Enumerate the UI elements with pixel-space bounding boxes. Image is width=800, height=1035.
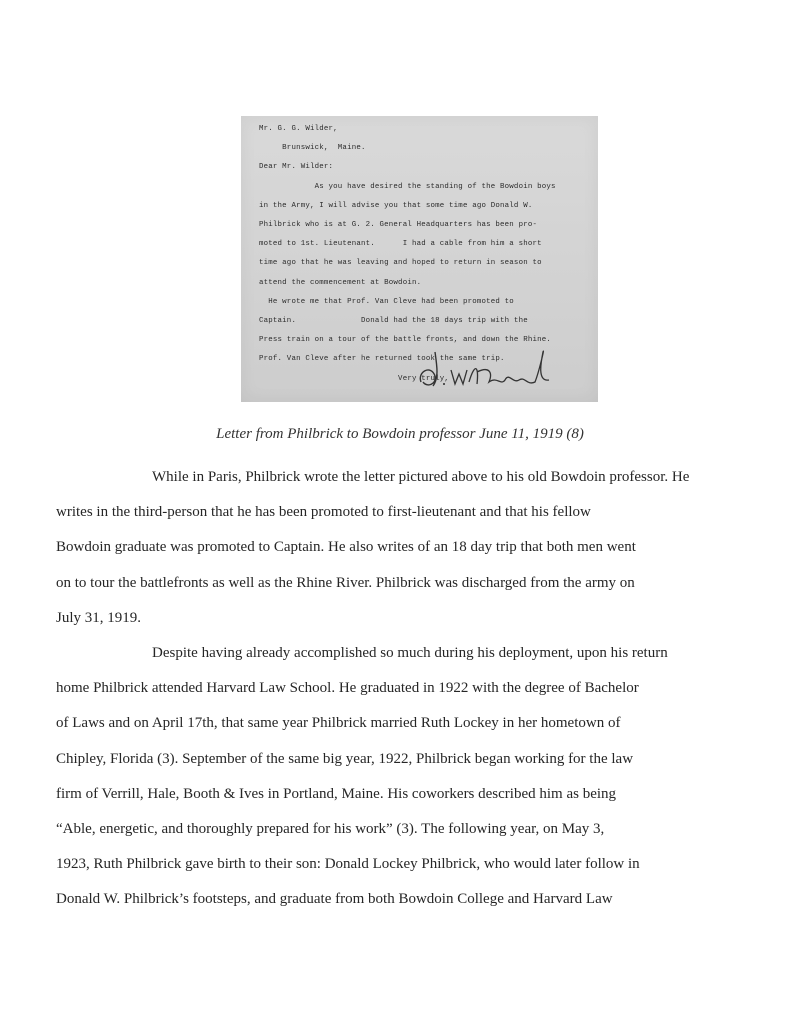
body-text: While in Paris, Philbrick wrote the lett… — [104, 460, 704, 918]
text-line: July 31, 1919. — [56, 601, 704, 636]
letter-line: attend the commencement at Bowdoin. — [259, 274, 594, 293]
letter-line: Philbrick who is at G. 2. General Headqu… — [259, 216, 594, 235]
text-line: While in Paris, Philbrick wrote the lett… — [104, 460, 704, 495]
letter-line: time ago that he was leaving and hoped t… — [259, 254, 594, 273]
text-line: firm of Verrill, Hale, Booth & Ives in P… — [56, 777, 704, 812]
text-line: home Philbrick attended Harvard Law Scho… — [56, 671, 704, 706]
signature-image — [409, 342, 559, 394]
paragraph: While in Paris, Philbrick wrote the lett… — [104, 460, 704, 636]
letter-line: As you have desired the standing of the … — [259, 178, 594, 197]
letter-line: moted to 1st. Lieutenant. I had a cable … — [259, 235, 594, 254]
figure-caption: Letter from Philbrick to Bowdoin profess… — [0, 426, 800, 443]
letter-line: in the Army, I will advise you that some… — [259, 197, 594, 216]
text-line: Despite having already accomplished so m… — [104, 636, 704, 671]
text-line: on to tour the battlefronts as well as t… — [56, 566, 704, 601]
text-line: Bowdoin graduate was promoted to Captain… — [56, 530, 704, 565]
letter-line: Mr. G. G. Wilder, — [259, 120, 594, 139]
letter-line: Captain. Donald had the 18 days trip wit… — [259, 312, 594, 331]
paragraph: Despite having already accomplished so m… — [104, 636, 704, 918]
letter-photograph: Mr. G. G. Wilder, Brunswick, Maine.Dear … — [241, 116, 598, 402]
letter-line: He wrote me that Prof. Van Cleve had bee… — [259, 293, 594, 312]
text-line: writes in the third-person that he has b… — [56, 495, 704, 530]
letter-line: Brunswick, Maine. — [259, 139, 594, 158]
text-line: 1923, Ruth Philbrick gave birth to their… — [56, 847, 704, 882]
text-line: Donald W. Philbrick’s footsteps, and gra… — [56, 882, 704, 917]
text-line: Chipley, Florida (3). September of the s… — [56, 742, 704, 777]
text-line: “Able, energetic, and thoroughly prepare… — [56, 812, 704, 847]
letter-line: Dear Mr. Wilder: — [259, 158, 594, 177]
text-line: of Laws and on April 17th, that same yea… — [56, 706, 704, 741]
